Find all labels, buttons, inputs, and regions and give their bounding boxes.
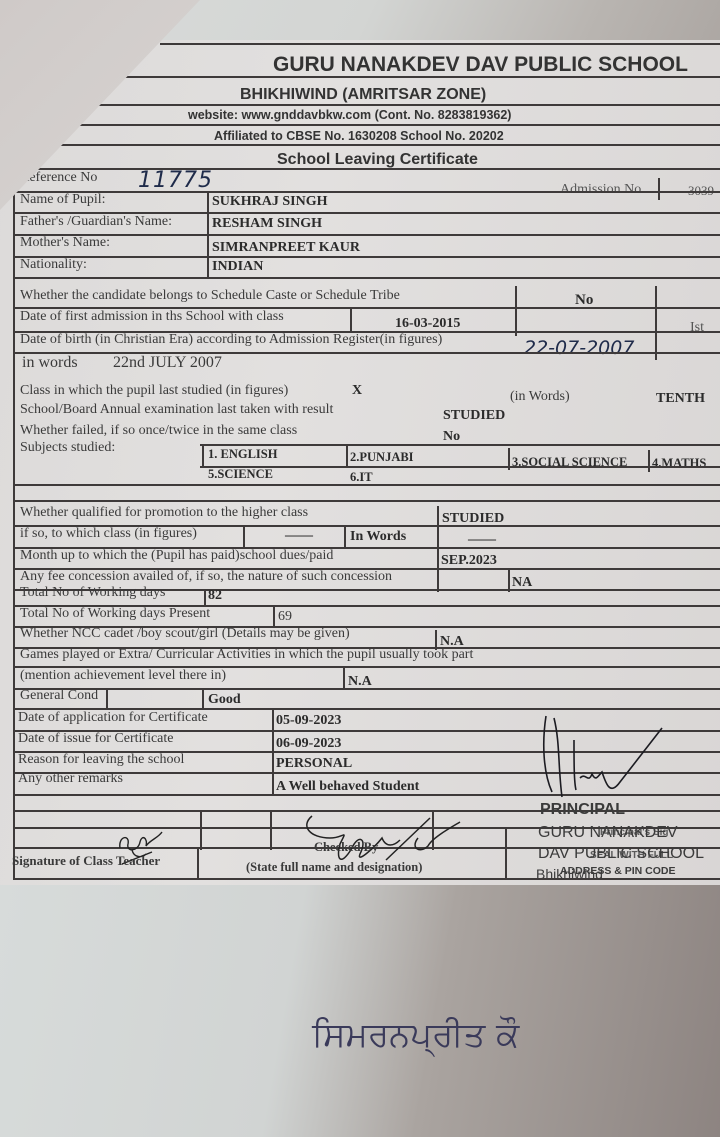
issue-date-label: Date of issue for Certificate bbox=[18, 731, 174, 747]
rule bbox=[13, 234, 720, 236]
failed-value: No bbox=[443, 429, 460, 445]
rule bbox=[270, 810, 272, 850]
reference-no-value: 11775 bbox=[138, 168, 213, 193]
failed-label: Whether failed, if so once/twice in the … bbox=[20, 423, 297, 439]
rule bbox=[13, 688, 720, 690]
rule bbox=[125, 76, 720, 78]
dues-paid-label: Month up to which the (Pupil has paid)sc… bbox=[20, 548, 333, 564]
fee-concession-label: Any fee concession availed of, if so, th… bbox=[20, 569, 392, 585]
mother-name-value: SIMRANPREET KAUR bbox=[212, 240, 360, 256]
last-class-words-label: (in Words) bbox=[510, 389, 570, 405]
rule bbox=[243, 525, 245, 547]
rule bbox=[72, 124, 720, 126]
rule bbox=[200, 810, 202, 850]
principal-title: PRINCIPAL bbox=[540, 801, 625, 819]
rule bbox=[437, 506, 439, 592]
remarks-label: Any other remarks bbox=[18, 771, 123, 787]
games-label: Games played or Extra/ Curricular Activi… bbox=[20, 647, 473, 663]
subject-item: 3.SOCIAL SCIENCE bbox=[512, 455, 627, 470]
affiliation-line: Affiliated to CBSE No. 1630208 School No… bbox=[214, 129, 504, 143]
rule bbox=[13, 500, 720, 502]
ncc-label: Whether NCC cadet /boy scout/girl (Detai… bbox=[20, 626, 350, 642]
rule bbox=[202, 688, 204, 710]
nationality-label: Nationality: bbox=[20, 257, 87, 273]
rule bbox=[13, 256, 720, 258]
application-date-label: Date of application for Certificate bbox=[18, 710, 208, 726]
promotion-class-label: if so, to which class (in figures) bbox=[20, 526, 197, 542]
rule bbox=[106, 688, 108, 708]
rule bbox=[50, 144, 720, 146]
days-present-value: 69 bbox=[278, 609, 292, 625]
father-name-label: Father's /Guardian's Name: bbox=[20, 214, 172, 230]
first-admission-label: Date of first admission in ths School wi… bbox=[20, 309, 284, 325]
rule bbox=[344, 525, 346, 547]
stamp-overlay-1: Principal's Sig bbox=[600, 827, 669, 838]
conduct-value: Good bbox=[208, 692, 241, 708]
rule bbox=[655, 286, 657, 344]
mother-name-label: Mother's Name: bbox=[20, 235, 110, 251]
background-surface bbox=[0, 885, 720, 1137]
rule bbox=[273, 605, 275, 627]
last-class-value: X bbox=[352, 383, 362, 399]
dues-paid-value: SEP.2023 bbox=[441, 553, 497, 569]
rule bbox=[202, 444, 204, 466]
stamp-overlay-2: SEAL WITH FULL bbox=[590, 850, 673, 861]
website-line: website: www.gnddavbkw.com (Cont. No. 82… bbox=[188, 108, 511, 122]
rule bbox=[160, 43, 720, 45]
stamp-overlay-3: ADDRESS & PIN CODE bbox=[560, 865, 676, 877]
rule bbox=[200, 466, 720, 468]
subjects-label: Subjects studied: bbox=[20, 440, 115, 456]
rule bbox=[197, 847, 199, 879]
working-days-label: Total No of Working days bbox=[20, 585, 165, 601]
class-teacher-label: Signature of Class Teacher bbox=[12, 853, 160, 869]
subject-item: 4.MATHS bbox=[652, 456, 706, 471]
certificate-title: School Leaving Certificate bbox=[277, 151, 478, 169]
pupil-name-value: SUKHRAJ SINGH bbox=[212, 194, 328, 210]
checked-by-note: (State full name and designation) bbox=[246, 860, 422, 875]
games-label-2: (mention achievement level there in) bbox=[20, 668, 226, 684]
rule bbox=[658, 178, 660, 200]
remarks-value: A Well behaved Student bbox=[276, 779, 419, 795]
rule bbox=[13, 277, 720, 279]
rule bbox=[95, 104, 720, 106]
first-admission-class: Ist bbox=[690, 320, 704, 336]
last-exam-label: School/Board Annual examination last tak… bbox=[20, 402, 333, 418]
first-admission-date: 16-03-2015 bbox=[395, 316, 460, 332]
promotion-label: Whether qualified for promotion to the h… bbox=[20, 505, 308, 521]
conduct-label: General Cond bbox=[20, 688, 98, 704]
rule bbox=[655, 340, 657, 360]
dob-figures-value: 22-07-2007 bbox=[524, 337, 634, 359]
rule bbox=[350, 307, 352, 331]
issue-date-value: 06-09-2023 bbox=[276, 736, 341, 752]
rule bbox=[346, 444, 348, 466]
handwritten-gurmukhi-note: ਸਿਮਰਨਪ੍ਰੀਤ ਕੌ bbox=[312, 1015, 519, 1055]
subject-item: 2.PUNJABI bbox=[350, 450, 414, 465]
subject-item: 6.IT bbox=[350, 470, 373, 485]
last-exam-value: STUDIED bbox=[443, 408, 505, 424]
leaving-reason-label: Reason for leaving the school bbox=[18, 752, 184, 768]
sc-st-label: Whether the candidate belongs to Schedul… bbox=[20, 288, 400, 304]
promotion-words-value: —— bbox=[468, 532, 496, 548]
rule bbox=[13, 191, 720, 193]
father-name-value: RESHAM SINGH bbox=[212, 216, 322, 232]
admission-no-label: Admission No bbox=[560, 182, 641, 198]
table-border-bottom bbox=[13, 878, 720, 880]
working-days-value: 82 bbox=[208, 588, 222, 604]
last-class-words-value: TENTH bbox=[656, 391, 705, 407]
school-name: GURU NANAKDEV DAV PUBLIC SCHOOL bbox=[273, 53, 688, 77]
subject-item: 5.SCIENCE bbox=[208, 467, 273, 482]
checked-by-label: Checked By bbox=[314, 840, 378, 855]
dob-figures-label: Date of birth (in Christian Era) accordi… bbox=[20, 332, 442, 348]
rule bbox=[343, 668, 345, 690]
principal-signature bbox=[540, 712, 670, 802]
leaving-reason-value: PERSONAL bbox=[276, 756, 352, 772]
rule bbox=[13, 484, 720, 486]
rule bbox=[648, 450, 650, 472]
rule bbox=[272, 710, 274, 796]
subject-item: 1. ENGLISH bbox=[208, 447, 277, 462]
dob-words-label: in words bbox=[22, 354, 78, 372]
days-present-label: Total No of Working days Present bbox=[20, 606, 210, 622]
rule bbox=[200, 444, 720, 446]
rule bbox=[20, 168, 720, 170]
rule bbox=[505, 827, 507, 879]
promotion-words-label: In Words bbox=[350, 529, 406, 545]
promotion-class-value: —— bbox=[285, 528, 313, 544]
application-date-value: 05-09-2023 bbox=[276, 713, 341, 729]
dob-words-value: 22nd JULY 2007 bbox=[113, 354, 222, 372]
last-class-label: Class in which the pupil last studied (i… bbox=[20, 383, 288, 399]
rule bbox=[515, 286, 517, 336]
nationality-value: INDIAN bbox=[212, 259, 263, 275]
pupil-name-label: Name of Pupil: bbox=[20, 192, 106, 208]
school-location: BHIKHIWIND (AMRITSAR ZONE) bbox=[240, 86, 486, 104]
